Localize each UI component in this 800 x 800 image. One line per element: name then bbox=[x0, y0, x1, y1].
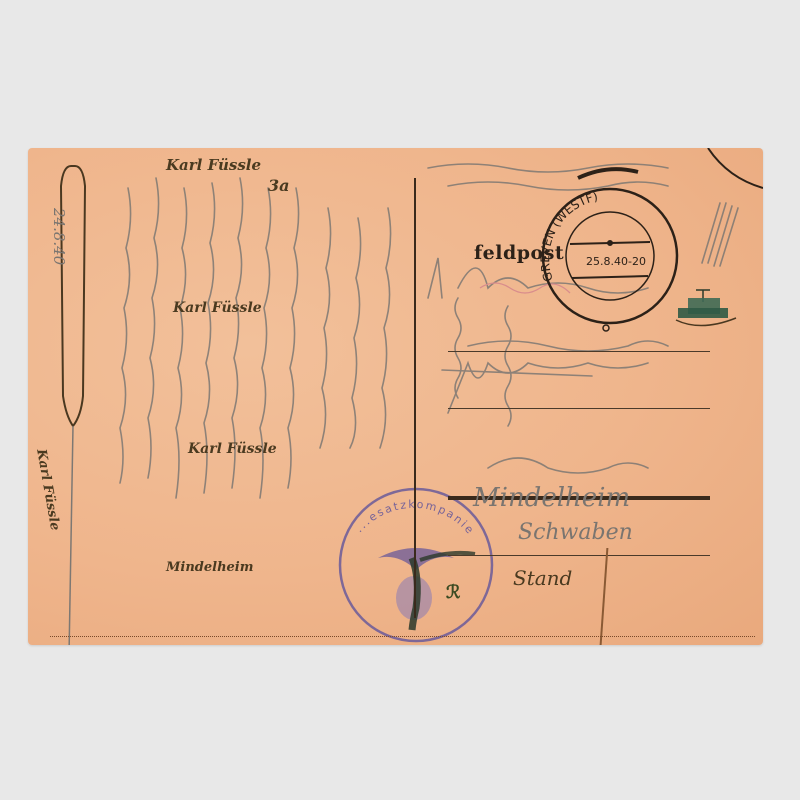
sender-date: 24.8.40 bbox=[50, 208, 68, 265]
recipient-line-3: Mindelheim bbox=[473, 483, 630, 513]
svg-text:ℛ: ℛ bbox=[446, 582, 461, 603]
recipient-line-4: Schwaben bbox=[518, 520, 633, 545]
sender-name-1: Karl Füssle bbox=[166, 156, 261, 174]
handwriting-layer: GREVEN (WESTF) 25.8.40-20 ...esatzkompan… bbox=[28, 148, 763, 645]
postcard: GREVEN (WESTF) 25.8.40-20 ...esatzkompan… bbox=[28, 148, 763, 645]
sender-name-3: Karl Füssle bbox=[188, 441, 277, 457]
feldpost-label: feldpost bbox=[474, 242, 564, 264]
postmark-date: 25.8.40-20 bbox=[586, 255, 646, 268]
address-line-1 bbox=[448, 351, 710, 352]
date-oval bbox=[61, 166, 85, 426]
ship-doodle bbox=[676, 290, 736, 326]
address-line-2 bbox=[448, 408, 710, 409]
sender-place: Mindelheim bbox=[166, 560, 254, 575]
recipient-line-5: Stand bbox=[513, 566, 572, 590]
sender-name-2: Karl Füssle bbox=[173, 300, 262, 316]
card-divider bbox=[414, 178, 416, 618]
sender-suffix: 3a bbox=[268, 176, 290, 195]
address-line-4 bbox=[448, 555, 710, 556]
unit-stamp bbox=[340, 489, 492, 641]
perforated-edge bbox=[50, 636, 755, 637]
